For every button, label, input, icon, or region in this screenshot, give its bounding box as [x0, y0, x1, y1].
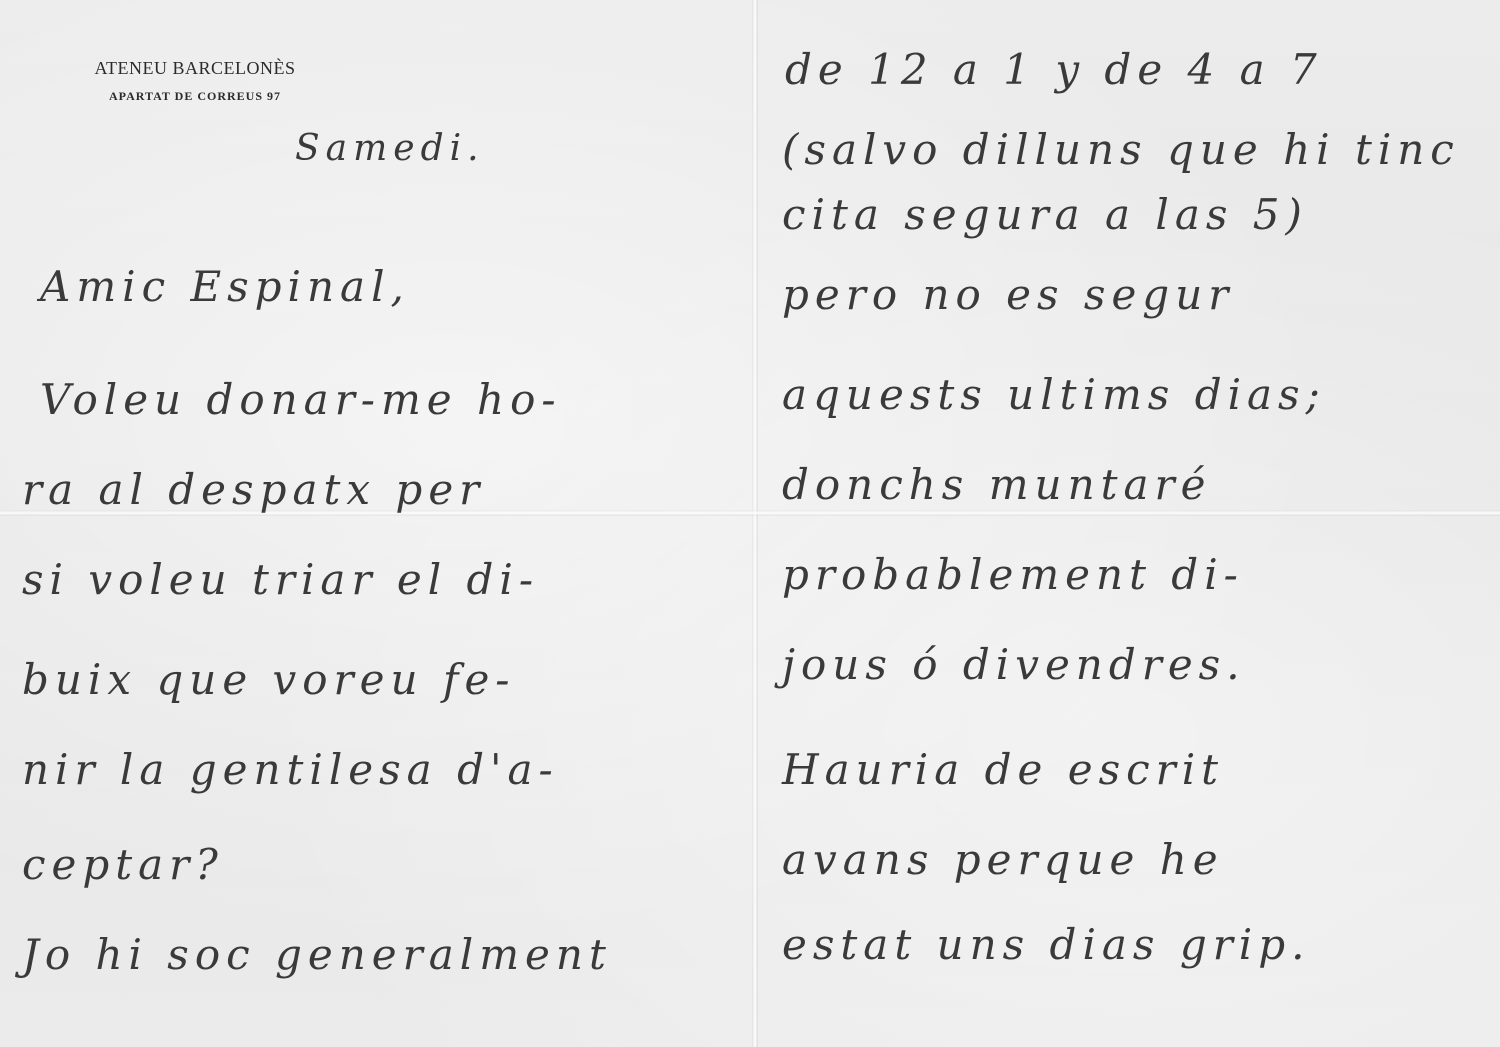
left-line-6: nir la gentilesa d'a-	[22, 745, 559, 794]
right-line-4: pero no es segur	[782, 270, 1234, 319]
right-line-2: (salvo dilluns que hi tinc	[782, 125, 1460, 174]
right-line-3: cita segura a las 5)	[782, 190, 1308, 239]
dateline: Samedi.	[295, 128, 485, 169]
right-line-6: donchs muntaré	[782, 460, 1211, 509]
letterhead-organization: ATENEU BARCELONÈS	[70, 58, 320, 79]
left-line-5: buix que voreu fe-	[22, 655, 516, 704]
right-line-8: jous ó divendres.	[782, 640, 1246, 689]
left-line-8: Jo hi soc generalment	[22, 930, 612, 979]
right-line-5: aquests ultims dias;	[782, 370, 1326, 419]
left-line-2: Voleu donar-me ho-	[40, 375, 562, 424]
letter-page: ATENEU BARCELONÈS APARTAT DE CORREUS 97 …	[0, 0, 1500, 1047]
left-line-7: ceptar?	[22, 840, 224, 889]
letterhead-address: APARTAT DE CORREUS 97	[70, 89, 320, 104]
right-line-1: de 12 a 1 y de 4 a 7	[785, 45, 1323, 94]
right-line-9: Hauria de escrit	[782, 745, 1224, 794]
left-line-1: Amic Espinal,	[40, 262, 410, 311]
right-line-10: avans perque he	[782, 835, 1224, 884]
right-line-7: probablement di-	[782, 550, 1244, 599]
left-line-4: si voleu triar el di-	[22, 555, 539, 604]
vertical-fold-line	[752, 0, 758, 1047]
right-line-11: estat uns dias grip.	[782, 920, 1310, 969]
letterhead: ATENEU BARCELONÈS APARTAT DE CORREUS 97	[70, 58, 320, 104]
left-line-3: ra al despatx per	[22, 465, 485, 514]
